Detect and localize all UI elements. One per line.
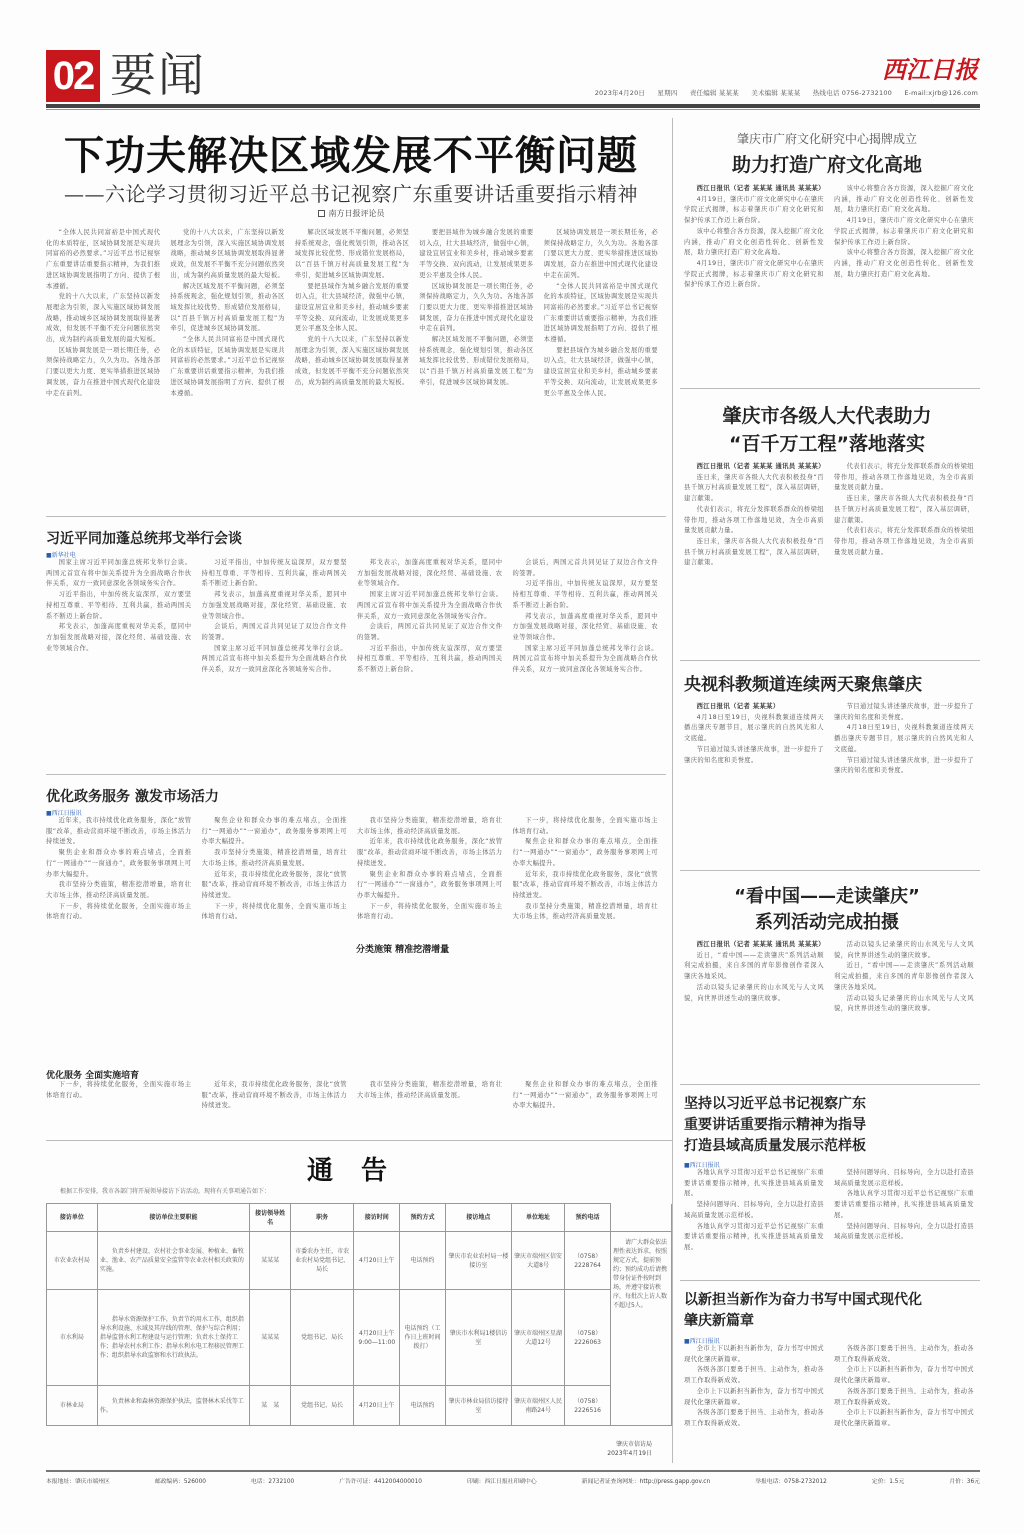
lead-body: “全体人民共同富裕是中国式现代化的本质特征，区域协调发展是实现共同富裕的必然要求…	[46, 228, 658, 510]
story-col: 下一步，将持续优化服务，全面实施市场主体培育行动。聚焦企业和群众办事的难点堵点，…	[513, 816, 659, 1056]
column-divider	[672, 118, 673, 1463]
masthead: 02 要闻 西江日报 2023年4月20日 星期四 责任编辑 某某某 美术编辑 …	[46, 44, 980, 104]
cell-time: 4月20日上午	[354, 1386, 400, 1426]
cell-place: 肇庆市水利局1楼信访室	[445, 1290, 511, 1386]
cell-unit: 市农业农村局	[47, 1232, 98, 1290]
story-col: 聚焦企业和群众办事的难点堵点，全面推行“一网通办”“一窗通办”，政务服务事项网上…	[202, 816, 348, 1056]
story-kicker: 肇庆市广府文化研究中心揭牌成立	[682, 130, 972, 147]
lead-byline: 南方日报评论员	[46, 208, 656, 219]
footer: 本报地址：肇庆市端州区 邮政编码：526000 电话：2732100 广告许可证…	[46, 1476, 980, 1485]
footer-phone: 电话：2732100	[251, 1476, 294, 1485]
story-headline[interactable]: 央视科教频道连续两天聚焦肇庆	[684, 670, 976, 695]
cell-address: 肇庆市端州区星湖大道12号	[511, 1290, 564, 1386]
cell-leader: 某某某	[250, 1232, 291, 1290]
header-rule	[46, 104, 980, 108]
section-divider	[680, 660, 980, 661]
section-divider	[680, 1280, 980, 1281]
footer-rule	[46, 1470, 980, 1472]
story-col: 代表们表示，将充分发挥联系群众的桥梁纽带作用，推动各项工作落地见效，为全市高质量…	[834, 462, 974, 654]
headline-line: 肇庆市各级人大代表助力	[682, 402, 972, 430]
cell-title: 市委农办主任，市农业农村局党组书记、局长	[290, 1232, 354, 1290]
headline-line: “百千万工程”落地落实	[682, 430, 972, 458]
cell-address: 肇庆市端州区信安大道8号	[511, 1232, 564, 1290]
notice-date: 2023年4月19日	[520, 1449, 652, 1458]
cell-booking: 电话预约	[400, 1386, 446, 1426]
story-headline[interactable]: 肇庆市各级人大代表助力 “百千万工程”落地落实	[682, 402, 972, 458]
footer-price: 定价：1.5元	[872, 1476, 904, 1485]
story-col: 我市坚持分类施策，精准挖潜增量，培育壮大市场主体，推动经济高质量发展。	[357, 1080, 503, 1120]
story-col: 西江日报讯（记者 某某某）4月18日至19日，央视科教频道连续两天播出肇庆专题节…	[684, 702, 824, 862]
cell-place: 肇庆市农业农村局一楼接访室	[445, 1232, 511, 1290]
story-headline[interactable]: 助力打造广府文化高地	[682, 150, 972, 177]
story-col: 会谈后，两国元首共同见证了双边合作文件的签署。习近平指出，中加传统友谊深厚，双方…	[513, 558, 659, 768]
col-header: 接访时间	[354, 1204, 400, 1232]
table-header-row: 接访单位 接访单位主要职能 接访领导姓名 职务 接访时间 预约方式 接访地点 单…	[47, 1204, 672, 1232]
col-header: 单位地址	[511, 1204, 564, 1232]
cell-unit: 市水利局	[47, 1290, 98, 1386]
story-headline[interactable]: 坚持以习近平总书记视察广东 重要讲话重要指示精神为指导 打造县域高质量发展示范样…	[684, 1094, 976, 1157]
notice-title: 通告	[46, 1150, 676, 1187]
col-header-remark	[610, 1204, 671, 1232]
lead-col-2: 党的十八大以来，广东坚持以新发展理念为引领，深入实施区域协调发展战略，推动城乡区…	[170, 228, 284, 510]
cell-phone: （0758）2228764	[565, 1232, 611, 1290]
story-col: 该中心将整合各方资源，深入挖掘广府文化内涵，推动广府文化创造性转化、创新性发展，…	[834, 184, 974, 380]
cell-title: 党组书记、局长	[290, 1386, 354, 1426]
cell-unit: 市林业局	[47, 1386, 98, 1426]
story-col: 全市上下以新担当新作为，奋力书写中国式现代化肇庆新篇章。各级各部门要勇于担当、主…	[684, 1344, 824, 1462]
story-body: 西江日报讯（记者 某某某 通讯员 某某某）4月19日，肇庆市广府文化研究中心在肇…	[684, 184, 974, 380]
story-col: 西江日报讯（记者 某某某 通讯员 某某某）连日来，肇庆市各级人大代表积极投身“百…	[684, 462, 824, 654]
art-editor: 美术编辑 某某某	[751, 89, 800, 97]
cell-time: 4月20日上午9:00—11:00	[354, 1290, 400, 1386]
story-col: 习近平指出，中加传统友谊深厚，双方要坚持相互尊重、平等相待、互利共赢，推动两国关…	[202, 558, 348, 768]
cell-duty: 负责乡村建设、农村社会事业发展、种植业、畜牧业、渔业、农产品质量安全监管等农业农…	[97, 1232, 249, 1290]
col-header: 预约方式	[400, 1204, 446, 1232]
col-header: 接访地点	[445, 1204, 511, 1232]
cell-phone: （0758）2226063	[565, 1290, 611, 1386]
notice-signature: 肇庆市信访局 2023年4月19日	[520, 1440, 652, 1458]
story-body: 国家主席习近平同加蓬总统邦戈举行会谈。两国元首宣布将中加关系提升为全面战略合作伙…	[46, 558, 658, 768]
story-headline[interactable]: 习近平同加蓬总统邦戈举行会谈	[46, 528, 242, 548]
issue-date: 2023年4月20日	[595, 89, 645, 97]
table-row: 市农业农村局 负责乡村建设、农村社会事业发展、种植业、畜牧业、渔业、农产品质量安…	[47, 1232, 672, 1290]
headline-line: “看中国——走读肇庆”	[682, 884, 972, 910]
table-row: 市林业局 负责林业和森林资源保护执法，监督林木采伐等工作。 某 某 党组书记、局…	[47, 1386, 672, 1426]
footer-monthly-price: 月价：36元	[949, 1476, 980, 1485]
col-header: 接访单位主要职能	[97, 1204, 249, 1232]
newspaper-page: 02 要闻 西江日报 2023年4月20日 星期四 责任编辑 某某某 美术编辑 …	[0, 0, 1024, 1534]
headline-line: 坚持以习近平总书记视察广东	[684, 1094, 976, 1115]
notice-intro: 根据工作安排，我市各部门将开展领导接访下访活动，现将有关事项通告如下：	[60, 1186, 670, 1195]
table-row: 市水利局 指导水资源保护工作，负责节约用水工作，组织指导水利设施、水域及其岸线的…	[47, 1290, 672, 1386]
headline-line: 重要讲话重要指示精神为指导	[684, 1115, 976, 1136]
byline-box-icon	[318, 210, 325, 217]
paper-logo: 西江日报	[882, 50, 978, 85]
col-header: 接访领导姓名	[250, 1204, 291, 1232]
footer-address: 本报地址：肇庆市端州区	[46, 1476, 110, 1485]
editor: 责任编辑 某某某	[690, 89, 739, 97]
story-body: 近年来，我市持续优化政务服务，深化“放管服”改革，推动营商环境不断改善，市场主体…	[46, 816, 658, 1056]
cell-leader: 某 某	[250, 1386, 291, 1426]
footer-ad-license: 广告许可证：4412004000010	[339, 1476, 422, 1485]
story-col: 聚焦企业和群众办事的难点堵点，全面推行“一网通办”“一窗通办”，政务服务事项网上…	[513, 1080, 659, 1120]
section-divider	[680, 1084, 980, 1085]
headline-line: 肇庆新篇章	[684, 1311, 976, 1332]
story-col: 国家主席习近平同加蓬总统邦戈举行会谈。两国元首宣布将中加关系提升为全面战略合作伙…	[46, 558, 192, 768]
footer-report-phone: 举报电话：0758-2732012	[755, 1476, 827, 1485]
col-header: 预约电话	[565, 1204, 611, 1232]
story-headline[interactable]: 优化政务服务 激发市场活力	[46, 786, 219, 806]
lead-headline[interactable]: 下功夫解决区域发展不平衡问题	[46, 124, 656, 181]
page-number-badge: 02	[46, 50, 100, 102]
story-col: 西江日报讯（记者 某某某 通讯员 某某某）近日，“看中国——走读肇庆”系列活动顺…	[684, 940, 824, 1074]
lead-col-5: 区域协调发展是一项长期任务，必须保持战略定力，久久为功。各地各部门要以更大力度、…	[544, 228, 658, 510]
cell-booking: 电话预约	[400, 1232, 446, 1290]
section-divider	[680, 870, 980, 871]
story-col: 下一步，将持续优化服务，全面实施市场主体培育行动。	[46, 1080, 192, 1120]
headline-line: 打造县域高质量发展示范样板	[684, 1136, 976, 1157]
cell-remark: 请广大群众依法理性表达诉求，按照规定方式，提前预约；预约成功后请携带身份证件按时…	[610, 1232, 671, 1426]
footer-press-url[interactable]: 新闻记者证查询网址：http://press.gapp.gov.cn	[582, 1476, 710, 1485]
story-col: 节目通过镜头讲述肇庆故事，进一步提升了肇庆的知名度和美誉度。4月18日至19日，…	[834, 702, 974, 862]
headline-line: 以新担当新作为奋力书写中国式现代化	[684, 1290, 976, 1311]
section-divider	[46, 774, 666, 775]
story-body: 西江日报讯（记者 某某某 通讯员 某某某）近日，“看中国——走读肇庆”系列活动顺…	[684, 940, 974, 1074]
story-headline[interactable]: “看中国——走读肇庆” 系列活动完成拍摄	[682, 884, 972, 936]
cell-leader: 某某某	[250, 1290, 291, 1386]
story-col: 各级各部门要勇于担当、主动作为，推动各项工作取得新成效。全市上下以新担当新作为，…	[834, 1344, 974, 1462]
story-col: 近年来，我市持续优化政务服务，深化“放管服”改革，推动营商环境不断改善，市场主体…	[46, 816, 192, 1056]
story-body: 各地认真学习贯彻习近平总书记视察广东重要讲话重要指示精神，扎实推进县域高质量发展…	[684, 1168, 974, 1272]
story-col: 我市坚持分类施策，精准挖潜增量，培育壮大市场主体，推动经济高质量发展。近年来，我…	[357, 816, 503, 1056]
notice-table: 接访单位 接访单位主要职能 接访领导姓名 职务 接访时间 预约方式 接访地点 单…	[46, 1203, 672, 1426]
story-col: 坚持问题导向、目标导向，全力以赴打造县域高质量发展示范样板。各地认真学习贯彻习近…	[834, 1168, 974, 1272]
hotline: 热线电话 0756-2732100	[813, 89, 892, 97]
cell-duty: 负责林业和森林资源保护执法，监督林木采伐等工作。	[97, 1386, 249, 1426]
cell-address: 肇庆市端州区人民南路24号	[511, 1386, 564, 1426]
cell-title: 党组书记、局长	[290, 1290, 354, 1386]
story-body-tail: 下一步，将持续优化服务，全面实施市场主体培育行动。 近年来，我市持续优化政务服务…	[46, 1080, 658, 1120]
cell-booking: 电话预约（工作日上班时间拨打）	[400, 1290, 446, 1386]
header-rule-thin	[46, 109, 980, 110]
cell-duty: 指导水资源保护工作，负责节约用水工作，组织指导水利设施、水域及其岸线的管理、保护…	[97, 1290, 249, 1386]
notice-issuer: 肇庆市信访局	[520, 1440, 652, 1449]
story-col: 近年来，我市持续优化政务服务，深化“放管服”改革，推动营商环境不断改善，市场主体…	[202, 1080, 348, 1120]
cell-phone: （0758）2226516	[565, 1386, 611, 1426]
lead-col-1: “全体人民共同富裕是中国式现代化的本质特征，区域协调发展是实现共同富裕的必然要求…	[46, 228, 160, 510]
story-body: 全市上下以新担当新作为，奋力书写中国式现代化肇庆新篇章。各级各部门要勇于担当、主…	[684, 1344, 974, 1462]
cell-place: 肇庆市林业局信访接待室	[445, 1386, 511, 1426]
issue-weekday: 星期四	[657, 89, 677, 97]
section-divider	[680, 388, 980, 389]
lead-subheadline: ——六论学习贯彻习近平总书记视察广东重要讲话重要指示精神	[46, 178, 656, 207]
byline-text: 南方日报评论员	[329, 209, 385, 218]
col-header: 接访单位	[47, 1204, 98, 1232]
story-col: 各地认真学习贯彻习近平总书记视察广东重要讲话重要指示精神，扎实推进县域高质量发展…	[684, 1168, 824, 1272]
section-divider	[46, 516, 666, 517]
section-title: 要闻	[110, 44, 206, 106]
story-col: 西江日报讯（记者 某某某 通讯员 某某某）4月19日，肇庆市广府文化研究中心在肇…	[684, 184, 824, 380]
issue-meta: 2023年4月20日 星期四 责任编辑 某某某 美术编辑 某某某 热线电话 07…	[585, 88, 978, 97]
headline-line: 系列活动完成拍摄	[682, 910, 972, 936]
story-subhead: 分类施策 精准挖潜增量	[356, 940, 496, 957]
col-header: 职务	[290, 1204, 354, 1232]
story-body: 西江日报讯（记者 某某某 通讯员 某某某）连日来，肇庆市各级人大代表积极投身“百…	[684, 462, 974, 654]
footer-printer: 印刷：西江日报社印刷中心	[467, 1476, 537, 1485]
cell-time: 4月20日上午	[354, 1232, 400, 1290]
lead-col-3: 解决区域发展不平衡问题，必须坚持系统观念，强化规划引领，推动各区域发挥比较优势、…	[295, 228, 409, 510]
story-col: 邦戈表示，加蓬高度重视对华关系，愿同中方加强发展战略对接，深化经贸、基础设施、农…	[357, 558, 503, 768]
footer-postcode: 邮政编码：526000	[155, 1476, 206, 1485]
story-col: 活动以镜头记录肇庆的山水风光与人文风貌，向世界讲述生动的肇庆故事。近日，“看中国…	[834, 940, 974, 1074]
email[interactable]: E-mail:xjrb@126.com	[904, 89, 978, 97]
lead-col-4: 要把县域作为城乡融合发展的重要切入点，壮大县域经济，做强中心镇，建设宜居宜业和美…	[419, 228, 533, 510]
story-body: 西江日报讯（记者 某某某）4月18日至19日，央视科教频道连续两天播出肇庆专题节…	[684, 702, 974, 862]
section-divider	[46, 1140, 672, 1141]
story-headline[interactable]: 以新担当新作为奋力书写中国式现代化 肇庆新篇章	[684, 1290, 976, 1332]
